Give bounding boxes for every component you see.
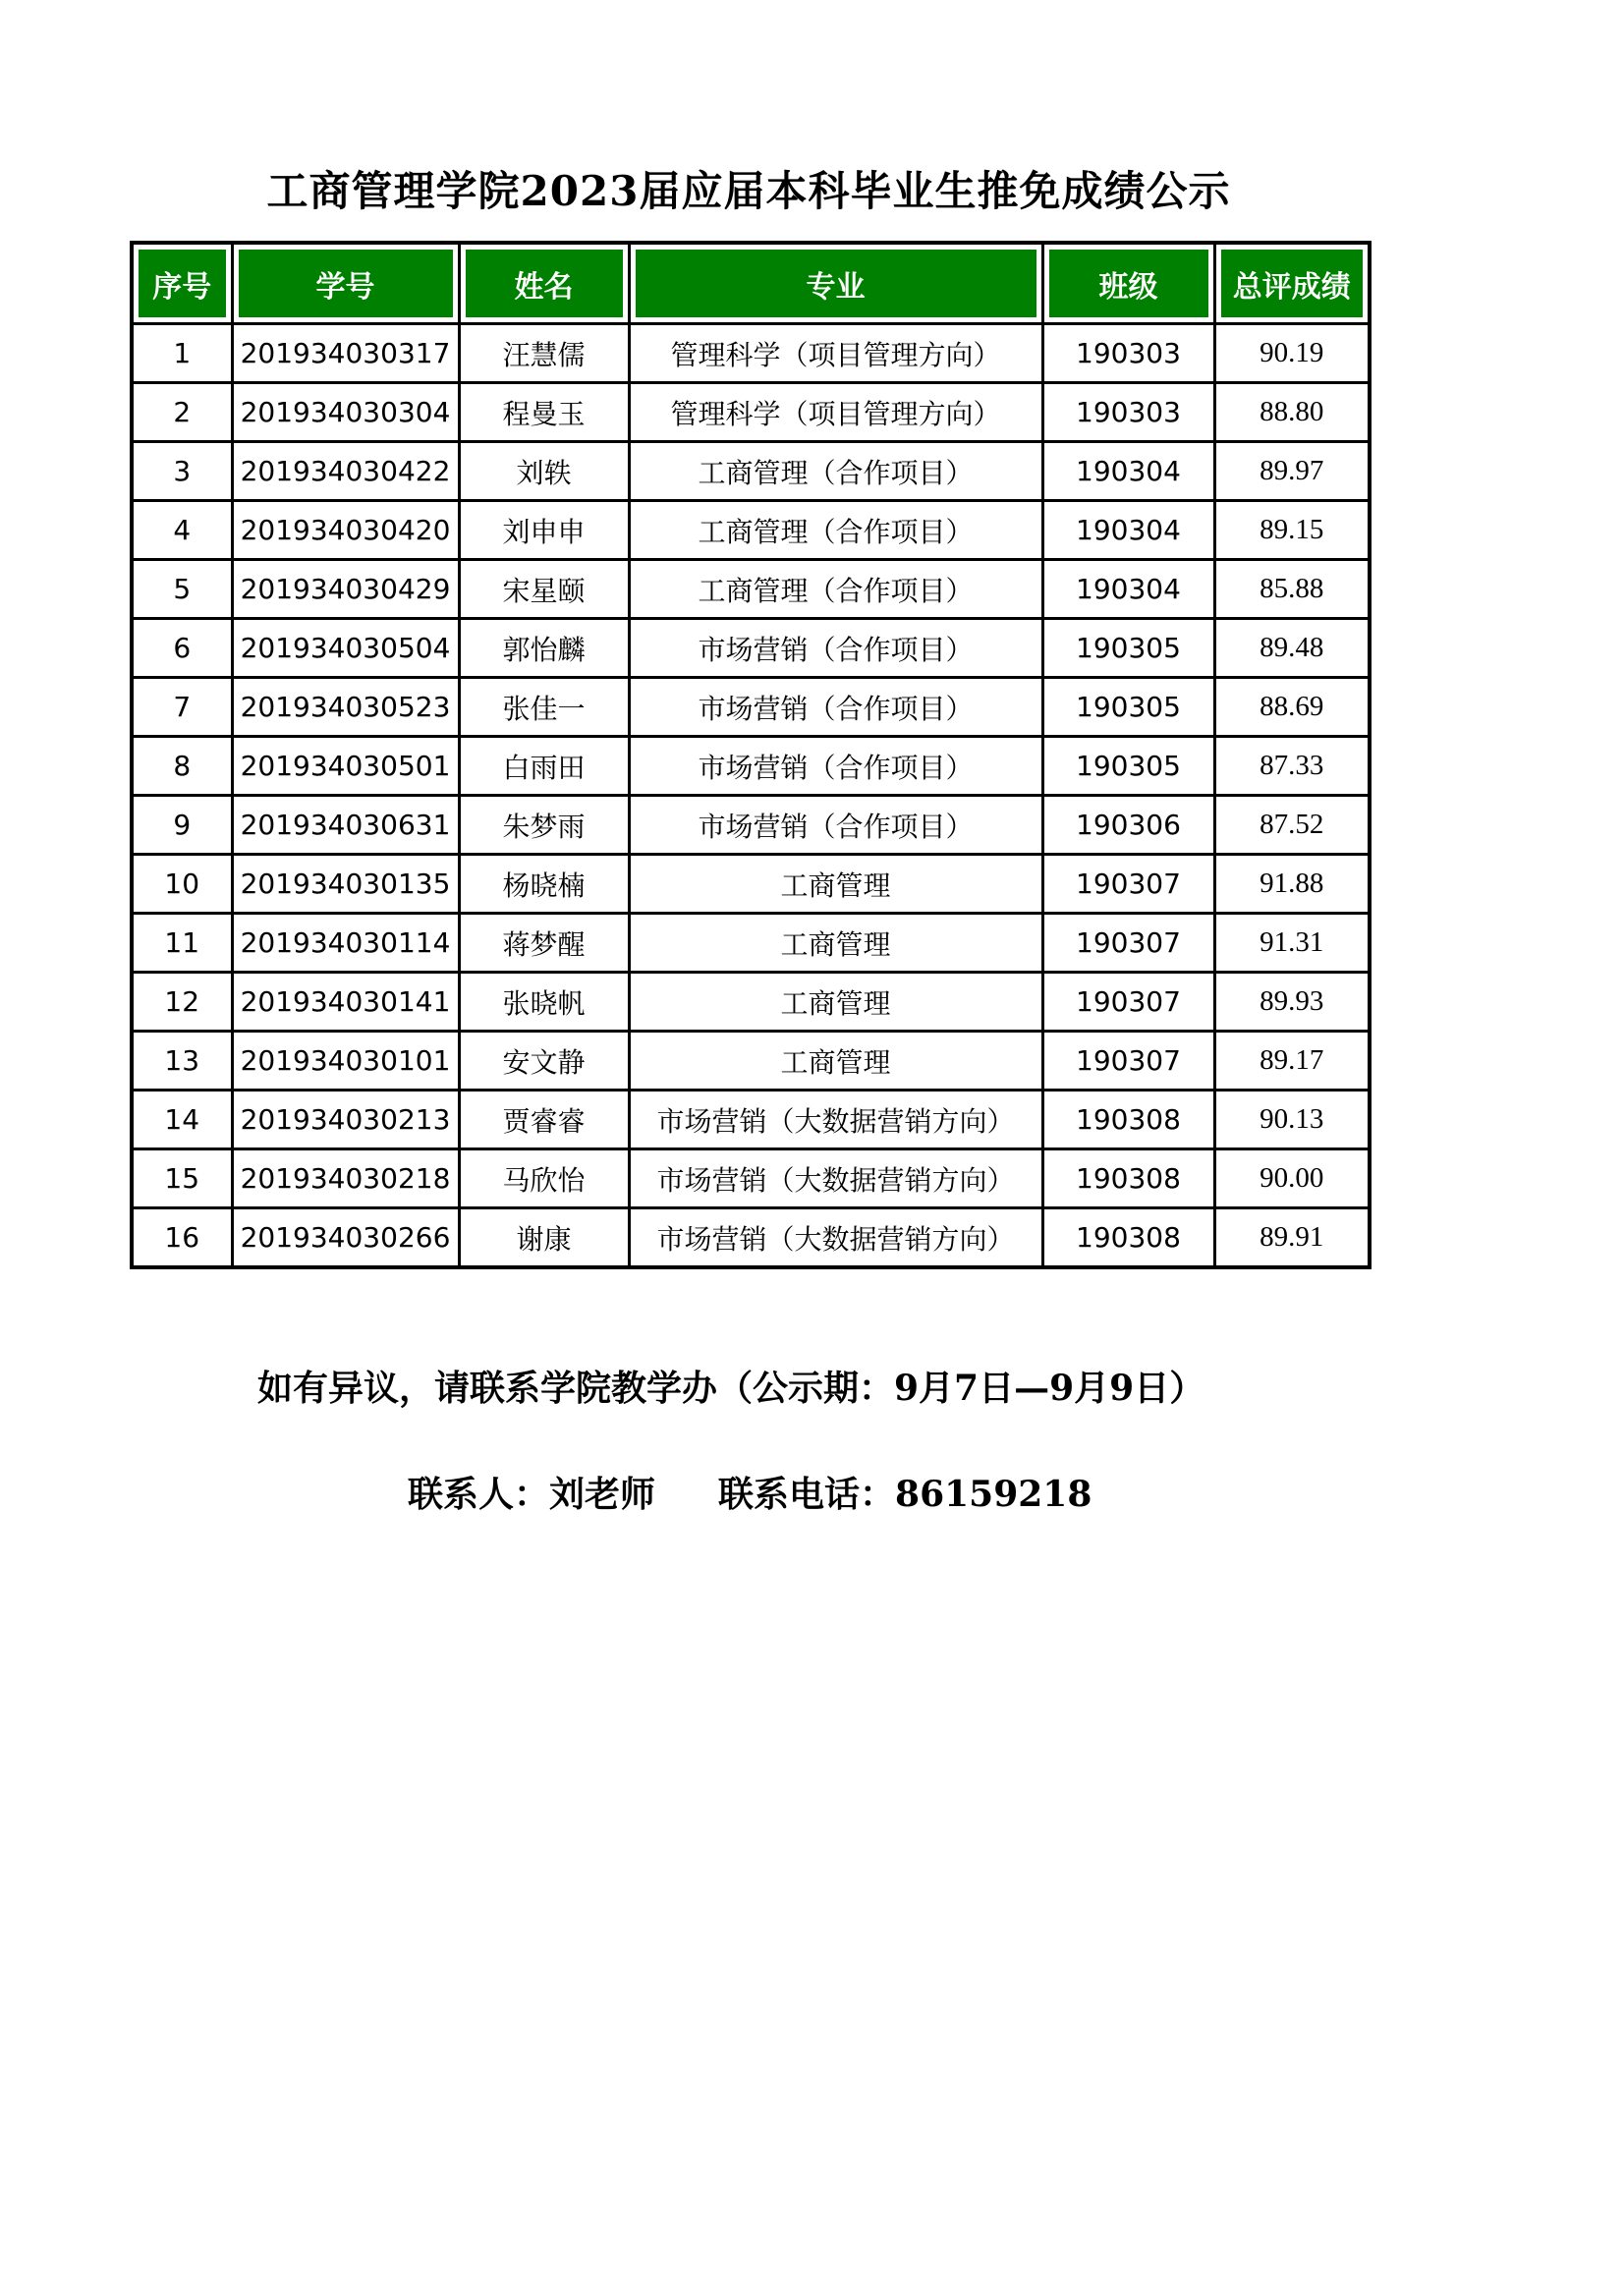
cell-class: 190307 bbox=[1042, 855, 1214, 914]
cell-name: 刘轶 bbox=[459, 442, 629, 501]
table-row: 5201934030429宋星颐工商管理（合作项目）19030485.88 bbox=[132, 560, 1370, 619]
cell-score: 90.19 bbox=[1214, 324, 1370, 383]
cell-index: 14 bbox=[132, 1091, 232, 1149]
cell-major: 市场营销（合作项目） bbox=[629, 678, 1042, 737]
cell-major: 工商管理 bbox=[629, 973, 1042, 1032]
table-row: 14201934030213贾睿睿市场营销（大数据营销方向）19030890.1… bbox=[132, 1091, 1370, 1149]
cell-class: 190308 bbox=[1042, 1149, 1214, 1208]
cell-major: 管理科学（项目管理方向） bbox=[629, 383, 1042, 442]
header-score: 总评成绩 bbox=[1214, 243, 1370, 324]
table-row: 3201934030422刘轶工商管理（合作项目）19030489.97 bbox=[132, 442, 1370, 501]
cell-major: 市场营销（合作项目） bbox=[629, 737, 1042, 796]
table-row: 2201934030304程曼玉管理科学（项目管理方向）19030388.80 bbox=[132, 383, 1370, 442]
table-body: 1201934030317汪慧儒管理科学（项目管理方向）19030390.192… bbox=[132, 324, 1370, 1268]
cell-student-id: 201934030317 bbox=[232, 324, 459, 383]
cell-student-id: 201934030523 bbox=[232, 678, 459, 737]
header-name: 姓名 bbox=[459, 243, 629, 324]
cell-class: 190305 bbox=[1042, 737, 1214, 796]
cell-class: 190305 bbox=[1042, 619, 1214, 678]
grades-table: 序号 学号 姓名 专业 班级 总评成绩 1201934030317汪慧儒管理科学… bbox=[130, 241, 1372, 1269]
contact-phone: 联系电话：86159218 bbox=[718, 1474, 1092, 1515]
cell-index: 11 bbox=[132, 914, 232, 973]
cell-index: 3 bbox=[132, 442, 232, 501]
cell-class: 190307 bbox=[1042, 973, 1214, 1032]
cell-name: 张佳一 bbox=[459, 678, 629, 737]
cell-major: 市场营销（合作项目） bbox=[629, 619, 1042, 678]
cell-student-id: 201934030135 bbox=[232, 855, 459, 914]
cell-student-id: 201934030501 bbox=[232, 737, 459, 796]
cell-major: 市场营销（大数据营销方向） bbox=[629, 1149, 1042, 1208]
cell-score: 88.69 bbox=[1214, 678, 1370, 737]
cell-score: 90.13 bbox=[1214, 1091, 1370, 1149]
cell-name: 蒋梦醒 bbox=[459, 914, 629, 973]
cell-index: 1 bbox=[132, 324, 232, 383]
table-row: 12201934030141张晓帆工商管理19030789.93 bbox=[132, 973, 1370, 1032]
cell-score: 88.80 bbox=[1214, 383, 1370, 442]
cell-index: 4 bbox=[132, 501, 232, 560]
cell-index: 5 bbox=[132, 560, 232, 619]
cell-class: 190303 bbox=[1042, 383, 1214, 442]
cell-student-id: 201934030218 bbox=[232, 1149, 459, 1208]
cell-index: 2 bbox=[132, 383, 232, 442]
cell-index: 15 bbox=[132, 1149, 232, 1208]
table-row: 6201934030504郭怡麟市场营销（合作项目）19030589.48 bbox=[132, 619, 1370, 678]
table-row: 8201934030501白雨田市场营销（合作项目）19030587.33 bbox=[132, 737, 1370, 796]
page-title: 工商管理学院2023届应届本科毕业生推免成绩公示 bbox=[130, 159, 1368, 218]
cell-major: 市场营销（合作项目） bbox=[629, 796, 1042, 855]
table-row: 7201934030523张佳一市场营销（合作项目）19030588.69 bbox=[132, 678, 1370, 737]
table-row: 11201934030114蒋梦醒工商管理19030791.31 bbox=[132, 914, 1370, 973]
cell-class: 190307 bbox=[1042, 1032, 1214, 1091]
cell-name: 谢康 bbox=[459, 1208, 629, 1268]
cell-index: 6 bbox=[132, 619, 232, 678]
cell-score: 89.17 bbox=[1214, 1032, 1370, 1091]
cell-score: 89.97 bbox=[1214, 442, 1370, 501]
cell-name: 程曼玉 bbox=[459, 383, 629, 442]
header-index: 序号 bbox=[132, 243, 232, 324]
cell-name: 刘申申 bbox=[459, 501, 629, 560]
cell-name: 朱梦雨 bbox=[459, 796, 629, 855]
cell-score: 85.88 bbox=[1214, 560, 1370, 619]
cell-class: 190308 bbox=[1042, 1208, 1214, 1268]
cell-name: 白雨田 bbox=[459, 737, 629, 796]
cell-score: 89.48 bbox=[1214, 619, 1370, 678]
cell-class: 190304 bbox=[1042, 501, 1214, 560]
table-row: 13201934030101安文静工商管理19030789.17 bbox=[132, 1032, 1370, 1091]
table-row: 9201934030631朱梦雨市场营销（合作项目）19030687.52 bbox=[132, 796, 1370, 855]
cell-major: 管理科学（项目管理方向） bbox=[629, 324, 1042, 383]
cell-student-id: 201934030101 bbox=[232, 1032, 459, 1091]
cell-name: 马欣怡 bbox=[459, 1149, 629, 1208]
table-row: 4201934030420刘申申工商管理（合作项目）19030489.15 bbox=[132, 501, 1370, 560]
cell-class: 190308 bbox=[1042, 1091, 1214, 1149]
cell-index: 12 bbox=[132, 973, 232, 1032]
notice-text: 如有异议，请联系学院教学办（公示期：9月7日—9月9日） bbox=[257, 1361, 1204, 1411]
cell-class: 190303 bbox=[1042, 324, 1214, 383]
cell-class: 190305 bbox=[1042, 678, 1214, 737]
cell-student-id: 201934030420 bbox=[232, 501, 459, 560]
cell-major: 工商管理（合作项目） bbox=[629, 501, 1042, 560]
cell-name: 贾睿睿 bbox=[459, 1091, 629, 1149]
cell-index: 8 bbox=[132, 737, 232, 796]
cell-score: 91.88 bbox=[1214, 855, 1370, 914]
cell-major: 市场营销（大数据营销方向） bbox=[629, 1208, 1042, 1268]
cell-class: 190306 bbox=[1042, 796, 1214, 855]
cell-student-id: 201934030266 bbox=[232, 1208, 459, 1268]
contact-line: 联系人：刘老师联系电话：86159218 bbox=[408, 1467, 1092, 1517]
cell-class: 190304 bbox=[1042, 442, 1214, 501]
cell-score: 89.91 bbox=[1214, 1208, 1370, 1268]
cell-index: 16 bbox=[132, 1208, 232, 1268]
cell-score: 87.33 bbox=[1214, 737, 1370, 796]
cell-major: 工商管理 bbox=[629, 914, 1042, 973]
cell-major: 工商管理（合作项目） bbox=[629, 442, 1042, 501]
cell-student-id: 201934030213 bbox=[232, 1091, 459, 1149]
cell-index: 7 bbox=[132, 678, 232, 737]
cell-name: 安文静 bbox=[459, 1032, 629, 1091]
cell-student-id: 201934030631 bbox=[232, 796, 459, 855]
cell-student-id: 201934030304 bbox=[232, 383, 459, 442]
contact-person: 联系人：刘老师 bbox=[408, 1474, 655, 1515]
table-row: 10201934030135杨晓楠工商管理19030791.88 bbox=[132, 855, 1370, 914]
cell-score: 87.52 bbox=[1214, 796, 1370, 855]
cell-index: 10 bbox=[132, 855, 232, 914]
header-major: 专业 bbox=[629, 243, 1042, 324]
cell-name: 张晓帆 bbox=[459, 973, 629, 1032]
cell-score: 90.00 bbox=[1214, 1149, 1370, 1208]
cell-name: 杨晓楠 bbox=[459, 855, 629, 914]
cell-class: 190307 bbox=[1042, 914, 1214, 973]
cell-student-id: 201934030504 bbox=[232, 619, 459, 678]
cell-name: 汪慧儒 bbox=[459, 324, 629, 383]
header-student-id: 学号 bbox=[232, 243, 459, 324]
cell-student-id: 201934030114 bbox=[232, 914, 459, 973]
cell-score: 91.31 bbox=[1214, 914, 1370, 973]
cell-name: 宋星颐 bbox=[459, 560, 629, 619]
cell-score: 89.93 bbox=[1214, 973, 1370, 1032]
table-header-row: 序号 学号 姓名 专业 班级 总评成绩 bbox=[132, 243, 1370, 324]
cell-major: 工商管理 bbox=[629, 1032, 1042, 1091]
cell-major: 工商管理 bbox=[629, 855, 1042, 914]
document-page: 工商管理学院2023届应届本科毕业生推免成绩公示 序号 学号 姓名 专业 班级 … bbox=[0, 0, 1624, 2295]
cell-major: 市场营销（大数据营销方向） bbox=[629, 1091, 1042, 1149]
table-row: 16201934030266谢康市场营销（大数据营销方向）19030889.91 bbox=[132, 1208, 1370, 1268]
cell-major: 工商管理（合作项目） bbox=[629, 560, 1042, 619]
cell-class: 190304 bbox=[1042, 560, 1214, 619]
table-row: 15201934030218马欣怡市场营销（大数据营销方向）19030890.0… bbox=[132, 1149, 1370, 1208]
cell-student-id: 201934030422 bbox=[232, 442, 459, 501]
cell-name: 郭怡麟 bbox=[459, 619, 629, 678]
cell-score: 89.15 bbox=[1214, 501, 1370, 560]
table-row: 1201934030317汪慧儒管理科学（项目管理方向）19030390.19 bbox=[132, 324, 1370, 383]
cell-student-id: 201934030141 bbox=[232, 973, 459, 1032]
cell-index: 13 bbox=[132, 1032, 232, 1091]
header-class: 班级 bbox=[1042, 243, 1214, 324]
cell-index: 9 bbox=[132, 796, 232, 855]
cell-student-id: 201934030429 bbox=[232, 560, 459, 619]
